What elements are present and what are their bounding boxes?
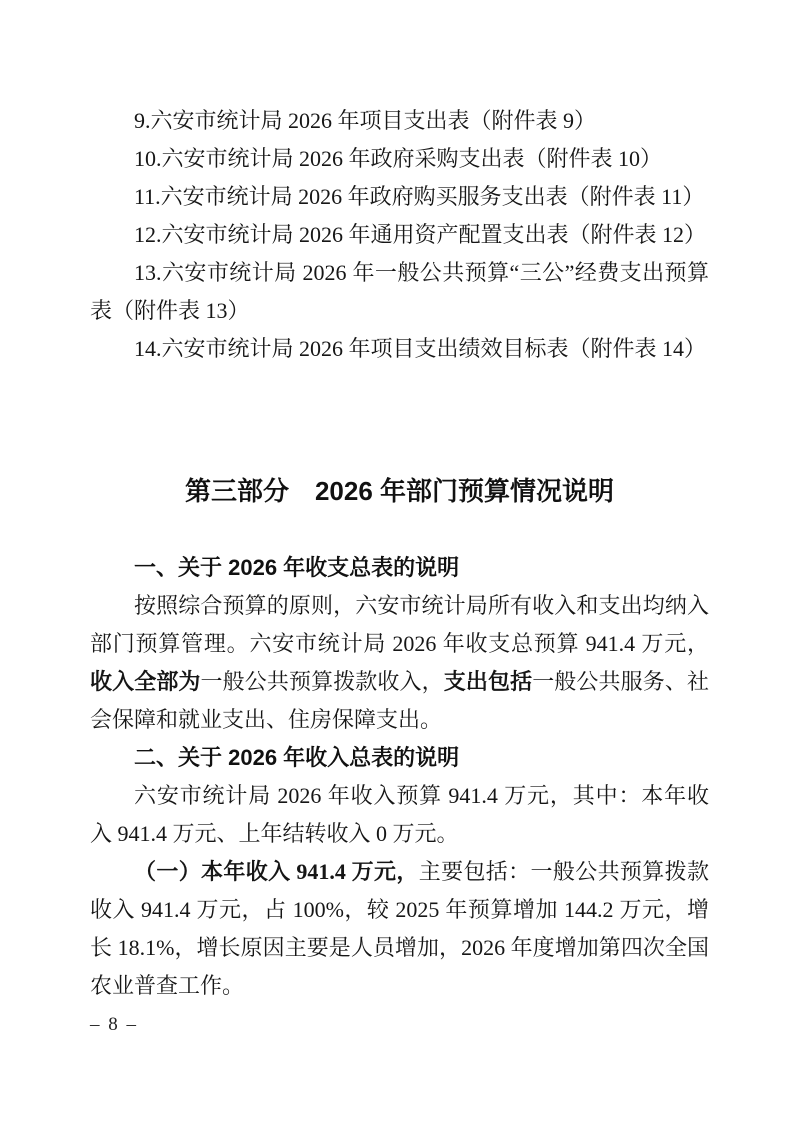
attachment-item-9: 9.六安市统计局 2026 年项目支出表（附件表 9）	[90, 102, 709, 140]
section-2-heading: 二、关于 2026 年收入总表的说明	[90, 739, 709, 777]
attachment-item-11: 11.六安市统计局 2026 年政府购买服务支出表（附件表 11）	[90, 178, 709, 216]
current-year-paragraph: （一）本年收入 941.4 万元，主要包括：一般公共预算拨款收入 941.4 万…	[90, 853, 709, 1005]
current-year-run-1-emphasis: （一）本年收入 941.4 万元，	[134, 859, 419, 884]
overview-run-2-emphasis: 收入全部为	[90, 669, 201, 694]
overview-run-1: 按照综合预算的原则，六安市统计局所有收入和支出均纳入部门预算管理。六安市统计局 …	[90, 593, 709, 656]
page-footer: – 8 –	[90, 1011, 709, 1039]
overview-run-4-emphasis: 支出包括	[444, 669, 532, 694]
attachment-item-13: 13.六安市统计局 2026 年一般公共预算“三公”经费支出预算表（附件表 13…	[90, 254, 709, 330]
attachment-item-14: 14.六安市统计局 2026 年项目支出绩效目标表（附件表 14）	[90, 330, 709, 368]
part-heading: 第三部分 2026 年部门预算情况说明	[90, 469, 709, 513]
document-page: 9.六安市统计局 2026 年项目支出表（附件表 9） 10.六安市统计局 20…	[0, 0, 793, 1122]
attachment-item-10: 10.六安市统计局 2026 年政府采购支出表（附件表 10）	[90, 140, 709, 178]
page-number: – 8 –	[90, 1014, 138, 1035]
attachment-item-12: 12.六安市统计局 2026 年通用资产配置支出表（附件表 12）	[90, 216, 709, 254]
overview-paragraph: 按照综合预算的原则，六安市统计局所有收入和支出均纳入部门预算管理。六安市统计局 …	[90, 587, 709, 739]
overview-run-3: 一般公共预算拨款收入，	[201, 669, 444, 694]
income-paragraph: 六安市统计局 2026 年收入预算 941.4 万元，其中：本年收入 941.4…	[90, 777, 709, 853]
attachment-list: 9.六安市统计局 2026 年项目支出表（附件表 9） 10.六安市统计局 20…	[90, 102, 709, 368]
section-1-heading: 一、关于 2026 年收支总表的说明	[90, 549, 709, 587]
